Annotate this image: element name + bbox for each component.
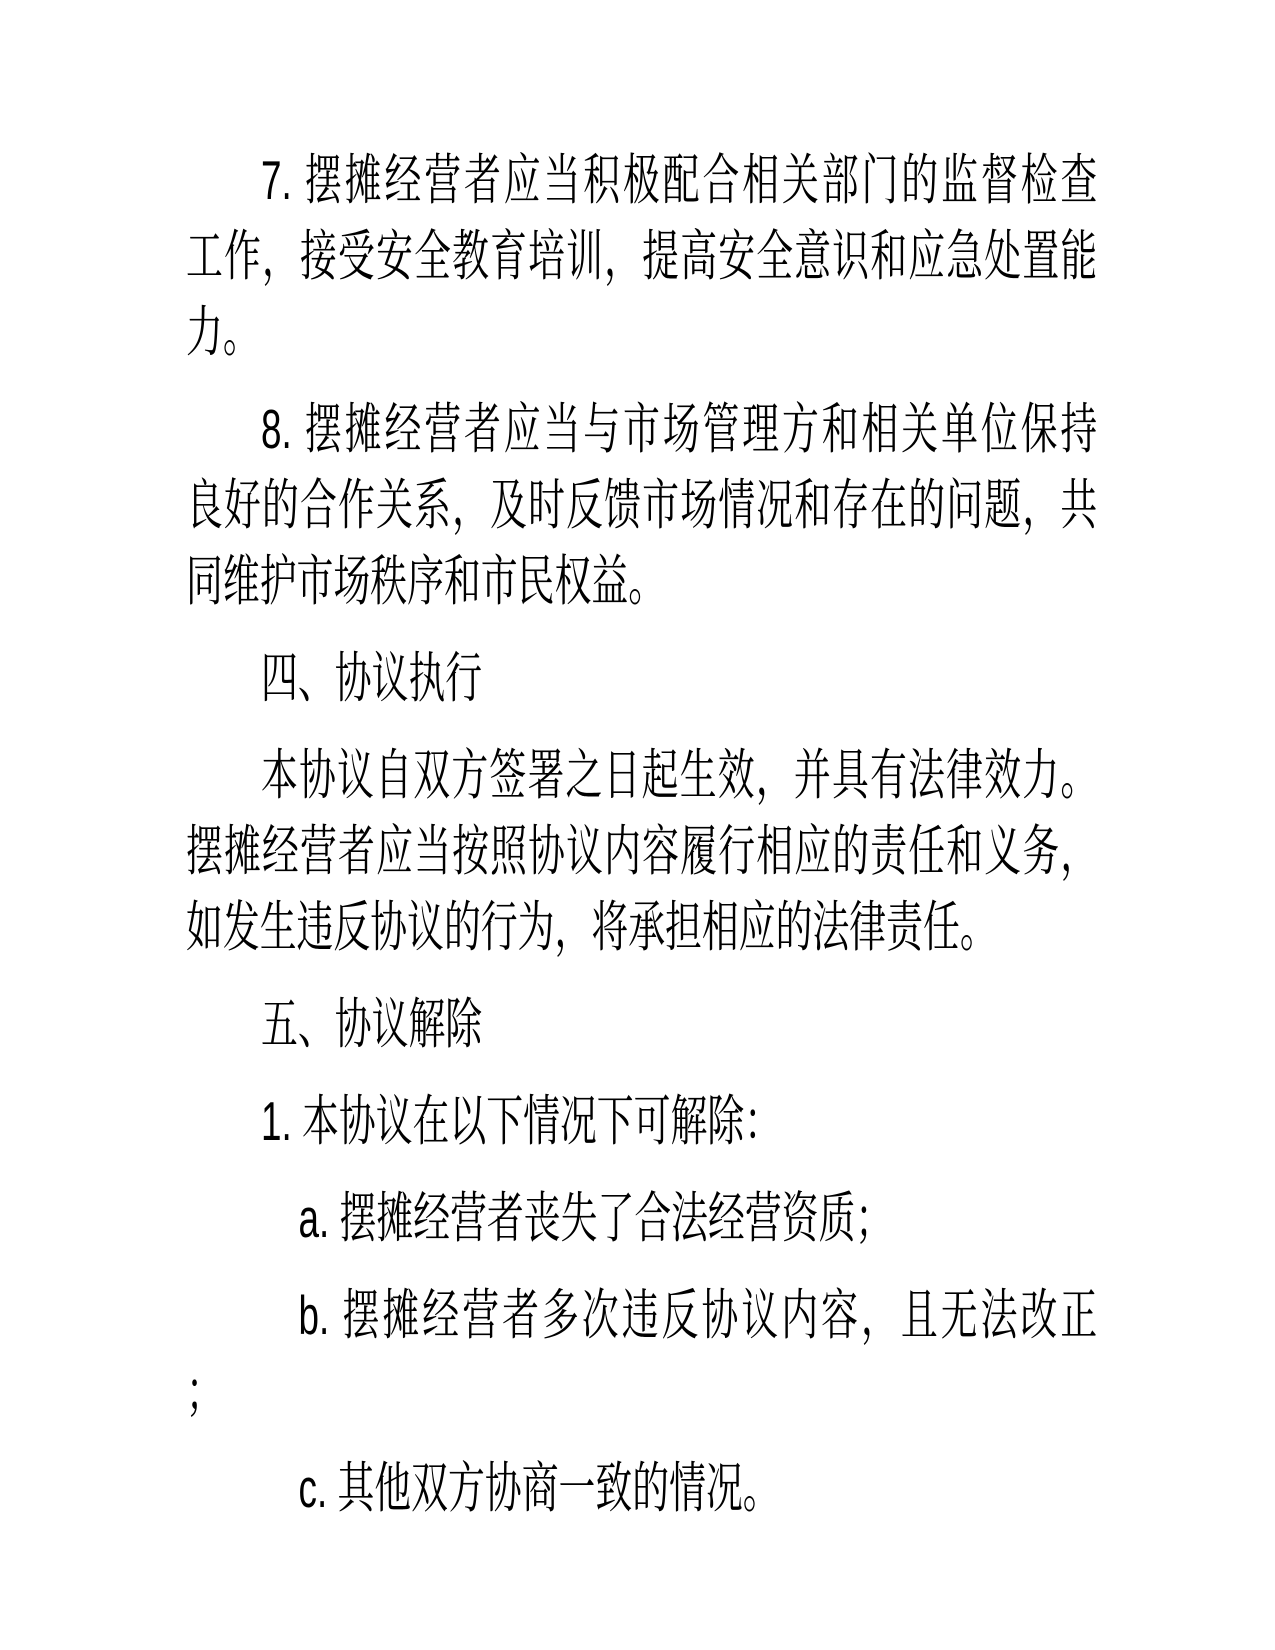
paragraph-execution: 本协议自双方签署之日起生效，并具有法律效力。 摆摊经营者应当按照协议内容履行相应… [186, 737, 1097, 965]
paragraph-item-1: 1. 本协议在以下情况下可解除： [186, 1083, 1097, 1159]
heading-text: 四、协议执行 [186, 640, 1097, 716]
section-heading-5: 五、协议解除 [186, 986, 1097, 1062]
text-line: 本协议自双方签署之日起生效，并具有法律效力。 [186, 737, 1097, 813]
paragraph-item-c: c. 其他双方协商一致的情况。 [186, 1450, 1097, 1526]
text-line: 力。 [186, 294, 1097, 370]
section-heading-4: 四、协议执行 [186, 640, 1097, 716]
text-line: 1. 本协议在以下情况下可解除： [186, 1083, 1097, 1159]
text-line: 良好的合作关系，及时反馈市场情况和存在的问题，共 [186, 467, 1097, 543]
text-line: 如发生违反协议的行为，将承担相应的法律责任。 [186, 889, 1097, 965]
text-line: c. 其他双方协商一致的情况。 [186, 1450, 1097, 1526]
text-line: a. 摆摊经营者丧失了合法经营资质； [186, 1180, 1097, 1256]
heading-text: 五、协议解除 [186, 986, 1097, 1062]
paragraph-item-7: 7. 摆摊经营者应当积极配合相关部门的监督检查 工作，接受安全教育培训，提高安全… [186, 142, 1097, 370]
text-line: 8. 摆摊经营者应当与市场管理方和相关单位保持 [186, 391, 1097, 467]
text-line: 7. 摆摊经营者应当积极配合相关部门的监督检查 [186, 142, 1097, 218]
text-line: b. 摆摊经营者多次违反协议内容，且无法改正 [186, 1277, 1097, 1353]
document-body: 7. 摆摊经营者应当积极配合相关部门的监督检查 工作，接受安全教育培训，提高安全… [186, 142, 1097, 1547]
text-line: 同维护市场秩序和市民权益。 [186, 543, 1097, 619]
paragraph-item-a: a. 摆摊经营者丧失了合法经营资质； [186, 1180, 1097, 1256]
text-line: 摆摊经营者应当按照协议内容履行相应的责任和义务， [186, 813, 1097, 889]
text-line: 工作，接受安全教育培训，提高安全意识和应急处置能 [186, 218, 1097, 294]
document-page: 7. 摆摊经营者应当积极配合相关部门的监督检查 工作，接受安全教育培训，提高安全… [0, 0, 1275, 1650]
text-line: ； [186, 1353, 1097, 1429]
paragraph-item-8: 8. 摆摊经营者应当与市场管理方和相关单位保持 良好的合作关系，及时反馈市场情况… [186, 391, 1097, 619]
paragraph-item-b: b. 摆摊经营者多次违反协议内容，且无法改正 ； [186, 1277, 1097, 1429]
